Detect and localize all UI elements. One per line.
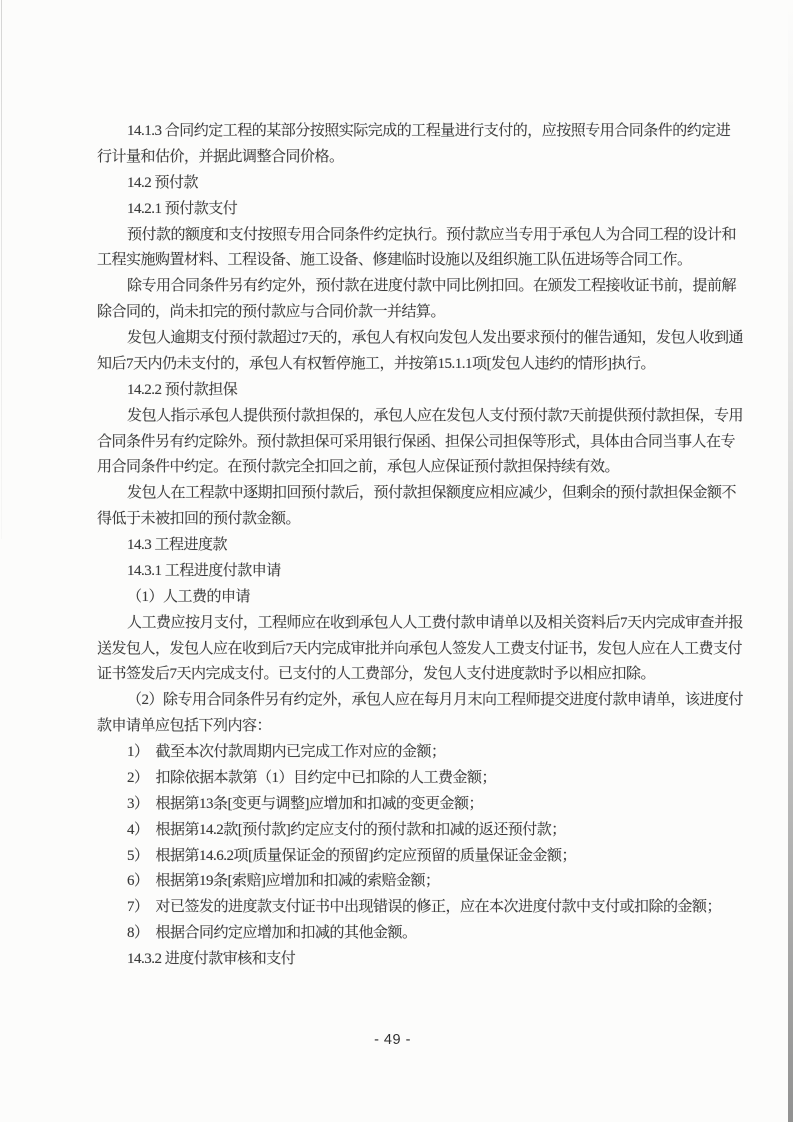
- text-line: 送发包人，发包人应在收到后7天内完成审批并向承包人签发人工费支付证书，发包人应在…: [97, 637, 757, 663]
- text-line: 合同条件另有约定除外。预付款担保可采用银行保函、担保公司担保等形式，具体由合同当…: [97, 430, 757, 456]
- text-line: 行计量和估价，并据此调整合同价格。: [97, 145, 757, 171]
- text-line: 14.3.1 工程进度付款申请: [127, 559, 757, 585]
- text-line: 14.3 工程进度款: [127, 533, 757, 559]
- text-line: 14.1.3 合同约定工程的某部分按照实际完成的工程量进行支付的，应按照专用合同…: [127, 119, 757, 145]
- text-line: 14.2.2 预付款担保: [127, 378, 757, 404]
- text-line: 8） 根据合同约定应增加和扣减的其他金额。: [127, 921, 757, 947]
- text-line: 14.3.2 进度付款审核和支付: [127, 947, 757, 973]
- text-line: 除合同的，尚未扣完的预付款应与合同价款一并结算。: [97, 300, 757, 326]
- scan-right-edge-shadow: [788, 0, 793, 1122]
- text-line: 6） 根据第19条[索赔]应增加和扣减的索赔金额；: [127, 869, 757, 895]
- text-line: 发包人指示承包人提供预付款担保的，承包人应在发包人支付预付款7天前提供预付款担保…: [127, 404, 757, 430]
- text-line: 1） 截至本次付款周期内已完成工作对应的金额；: [127, 740, 757, 766]
- text-line: 证书签发后7天内完成支付。已支付的人工费部分，发包人支付进度款时予以相应扣除。: [97, 662, 757, 688]
- text-line: 除专用合同条件另有约定外，预付款在进度付款中同比例扣回。在颁发工程接收证书前，提…: [127, 274, 757, 300]
- document-page: 14.1.3 合同约定工程的某部分按照实际完成的工程量进行支付的，应按照专用合同…: [0, 0, 793, 1122]
- text-line: 得低于未被扣回的预付款金额。: [97, 507, 757, 533]
- text-line: 14.2.1 预付款支付: [127, 197, 757, 223]
- text-line: 2） 扣除依据本款第（1）目约定中已扣除的人工费金额；: [127, 766, 757, 792]
- scan-left-edge-line: [1, 0, 2, 539]
- text-line: 工程实施购置材料、工程设备、施工设备、修建临时设施以及组织施工队伍进场等合同工作…: [97, 248, 757, 274]
- text-line: 预付款的额度和支付按照专用合同条件约定执行。预付款应当专用于承包人为合同工程的设…: [127, 223, 757, 249]
- text-line: 人工费应按月支付，工程师应在收到承包人人工费付款申请单以及相关资料后7天内完成审…: [127, 611, 757, 637]
- text-line: 发包人在工程款中逐期扣回预付款后，预付款担保额度应相应减少，但剩余的预付款担保金…: [127, 481, 757, 507]
- page-number: - 49 -: [0, 1032, 785, 1048]
- document-text-block: 14.1.3 合同约定工程的某部分按照实际完成的工程量进行支付的，应按照专用合同…: [97, 119, 757, 973]
- text-line: 3） 根据第13条[变更与调整]应增加和扣减的变更金额；: [127, 792, 757, 818]
- text-line: 发包人逾期支付预付款超过7天的，承包人有权向发包人发出要求预付的催告通知，发包人…: [127, 326, 757, 352]
- text-line: 4） 根据第14.2款[预付款]约定应支付的预付款和扣减的返还预付款；: [127, 818, 757, 844]
- text-line: 知后7天内仍未支付的，承包人有权暂停施工，并按第15.1.1项[发包人违约的情形…: [97, 352, 757, 378]
- text-line: 5） 根据第14.6.2项[质量保证金的预留]约定应预留的质量保证金金额；: [127, 844, 757, 870]
- text-line: 7） 对已签发的进度款支付证书中出现错误的修正，应在本次进度付款中支付或扣除的金…: [127, 895, 757, 921]
- text-line: （1）人工费的申请: [127, 585, 757, 611]
- text-line: 用合同条件中约定。在预付款完全扣回之前，承包人应保证预付款担保持续有效。: [97, 455, 757, 481]
- text-line: 14.2 预付款: [127, 171, 757, 197]
- text-line: （2）除专用合同条件另有约定外，承包人应在每月月末向工程师提交进度付款申请单，该…: [127, 688, 757, 714]
- text-line: 款申请单应包括下列内容：: [97, 714, 757, 740]
